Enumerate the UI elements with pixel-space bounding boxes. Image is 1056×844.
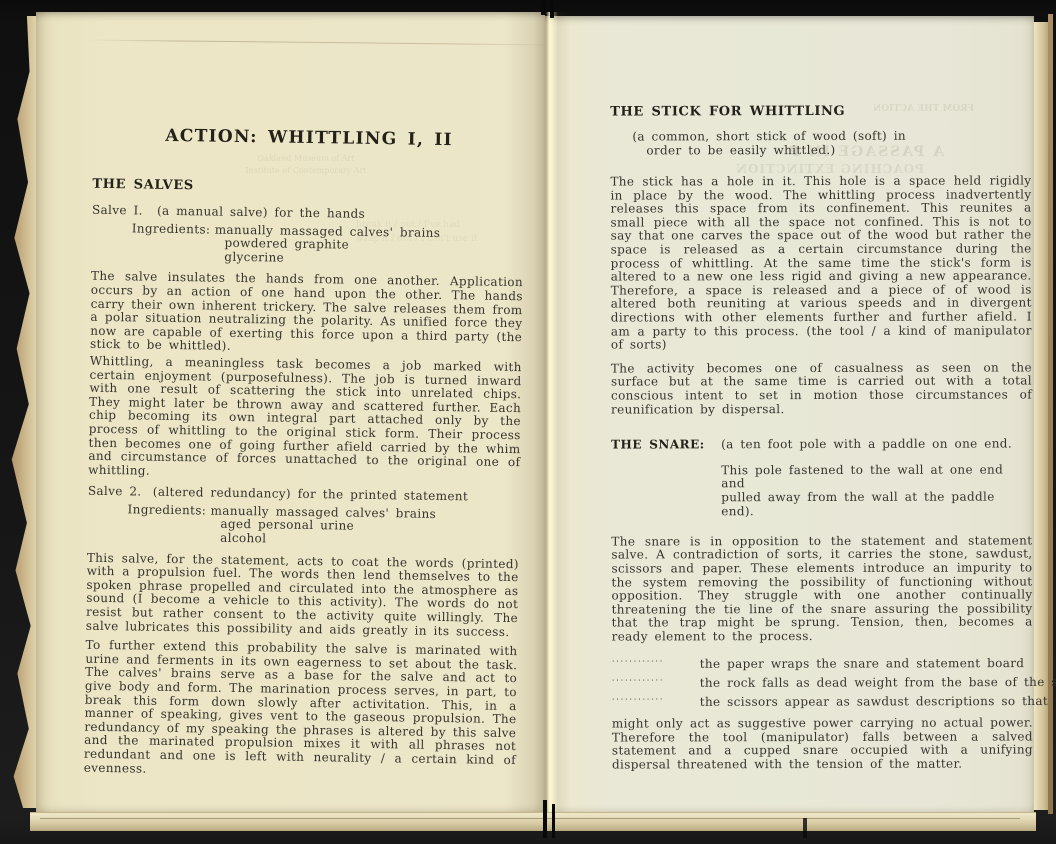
stick-subnote: (a common, short stick of wood (soft) in… [632, 128, 1031, 157]
right-page: FROM THE ACTION A PASSAGE IN P POACHING … [545, 16, 1034, 812]
bottom-page-edge-line [40, 818, 1020, 819]
snare-desc-line: This pole fastened to the wall at one en… [721, 463, 1032, 491]
binding-thread [550, 0, 554, 18]
right-page-edge-stack [1034, 22, 1048, 810]
salve-1-desc: (a manual salve) for the hands [157, 204, 365, 221]
dotted-leader: ............ [612, 671, 700, 686]
salve-2-desc: (altered redundancy) for the printed sta… [153, 485, 468, 504]
ingredients-label: Ingredients: [131, 222, 215, 264]
salve-1-ingredients: Ingredients: manually massaged calves' b… [91, 221, 524, 268]
bottom-page-edge-stack [30, 812, 1036, 831]
binding-thread [552, 804, 555, 838]
paragraph: Whittling, a meaningless task becomes a … [88, 355, 522, 484]
paragraph: The salve insulates the hands from one a… [90, 270, 523, 358]
right-page-text-column: THE STICK FOR WHITTLING (a common, short… [610, 15, 1033, 772]
ingredients-label: Ingredients: [127, 503, 211, 545]
list-item-text: the paper wraps the snare and statement … [700, 656, 1025, 671]
list-item: ............the scissors appear as sawdu… [612, 689, 1033, 709]
left-page: Oakland Museum of Art Institute of Conte… [36, 12, 545, 812]
page-title: ACTION: WHITTLING I, II [93, 125, 525, 151]
left-page-text-column: ACTION: WHITTLING I, II THE SALVES Salve… [84, 9, 527, 781]
subnote-line: order to be easily whittled.) [646, 142, 1031, 157]
dotted-leader: ............ [612, 652, 700, 667]
section-heading-the-stick: THE STICK FOR WHITTLING [610, 103, 1031, 119]
paragraph: The stick has a hole in it. This hole is… [610, 174, 1031, 352]
paragraph: The snare is in opposition to the statem… [611, 534, 1032, 644]
list-item: ............the paper wraps the snare an… [612, 651, 1033, 671]
salve-2-label: Salve 2. [88, 485, 153, 500]
list-item-text: the rock falls as dead weight from the b… [700, 675, 1056, 690]
snare-line: THE SNARE: (a ten foot pole with a paddl… [611, 438, 1032, 453]
snare-effects-list: ............the paper wraps the snare an… [612, 651, 1033, 710]
section-heading-the-salves: THE SALVES [92, 177, 524, 198]
list-item: ............the rock falls as dead weigh… [612, 670, 1033, 690]
salve-1-label: Salve I. [92, 204, 157, 219]
paragraph: The activity becomes one of casualness a… [611, 361, 1032, 416]
binding-thread [543, 800, 547, 838]
paragraph: To further extend this probability the s… [84, 639, 518, 781]
snare-description: This pole fastened to the wall at one en… [721, 463, 1032, 519]
list-item-text: the scissors appear as sawdust descripti… [700, 694, 1056, 709]
binding-thread [803, 818, 807, 838]
salve-2-ingredients: Ingredients: manually massaged calves' b… [87, 503, 520, 550]
dotted-leader: ............ [612, 690, 700, 705]
paragraph: might only act as suggestive power carry… [612, 717, 1033, 772]
paragraph: This salve, for the statement, acts to c… [86, 551, 519, 639]
subnote-line: (a common, short stick of wood (soft) in [632, 128, 1031, 143]
binding-thread [541, 0, 546, 15]
snare-label: THE SNARE: [611, 438, 721, 452]
snare-desc-line: pulled away from the wall at the paddle … [721, 491, 1032, 519]
snare-desc: (a ten foot pole with a paddle on one en… [721, 438, 1012, 452]
